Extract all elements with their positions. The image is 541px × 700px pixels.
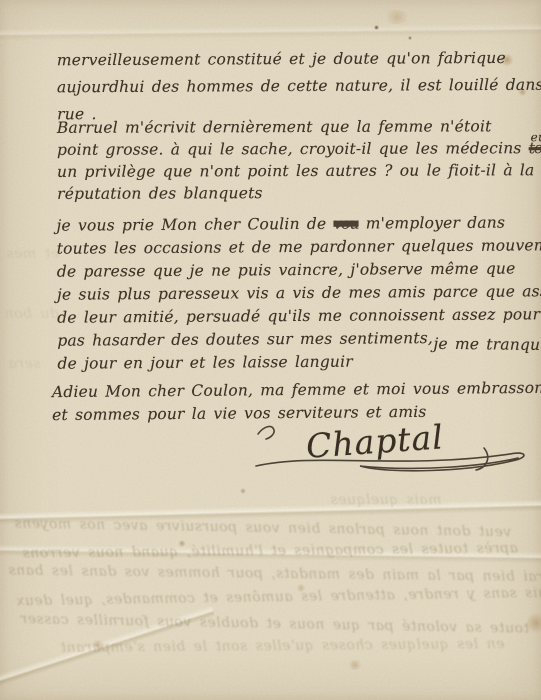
letter-paragraph-3: je vous prie Mon cher Coulin de vou m'em… xyxy=(56,211,539,375)
letter-line-text: pas hasarder des doutes sur mes sentimen… xyxy=(57,327,433,353)
bleedthrough-line: mais quelques xyxy=(330,492,441,508)
letter-line: je suis plus paresseux vis a vis de mes … xyxy=(57,280,539,306)
foxing-spot xyxy=(384,10,410,24)
signature-block: Chaptal xyxy=(248,418,538,488)
letter-line-text: point grosse. à qui le sache, croyoit-il… xyxy=(57,139,529,159)
letter-line: je vous prie Mon cher Coulin de vou m'em… xyxy=(56,211,538,237)
letter-line: réputation des blanquets xyxy=(57,181,539,205)
letter-line: aujourdhui des hommes de cette nature, i… xyxy=(57,72,539,102)
struck-word: vou xyxy=(333,215,358,233)
letter-line-text: je me tranquillise xyxy=(433,333,541,358)
letter-line: toutes les occasions et de me pardonner … xyxy=(57,234,539,260)
foxing-spot xyxy=(374,25,379,30)
foxing-spot xyxy=(408,36,412,40)
letter-line-text: m'employer dans xyxy=(358,214,505,233)
letter-line: un privilège que n'ont point les autres … xyxy=(57,159,539,183)
manuscript-page: et mes du bon sera merveilleusement cons… xyxy=(0,0,541,700)
letter-line: de paresse que je ne puis vaincre, j'obs… xyxy=(57,257,539,283)
foxing-spot xyxy=(240,488,246,494)
letter-line: point grosse. à qui le sache, croyoit-il… xyxy=(57,137,539,161)
bleedthrough-fragment: sera xyxy=(8,356,41,372)
bleedthrough-fragment: du bon xyxy=(4,306,59,322)
letter-line-text: je vous prie Mon cher Coulin de xyxy=(56,215,333,235)
letter-line: pas hasarder des doutes sur mes sentimen… xyxy=(57,326,539,352)
letter-line: de leur amitié, persuadé qu'ils me conno… xyxy=(57,303,539,329)
correction: eussenttou xyxy=(529,137,541,159)
letter-line: merveilleusement constitué et je doute q… xyxy=(57,45,539,75)
letter-paragraph-2: Barruel m'écrivit dernièrement que la fe… xyxy=(57,115,539,205)
bleedthrough-fragment: et mes xyxy=(6,246,59,262)
letter-line: Adieu Mon cher Coulon, ma femme et moi v… xyxy=(52,377,534,404)
struck-word: tou xyxy=(529,139,541,157)
foxing-spot xyxy=(348,660,362,670)
letter-line: Barruel m'écrivit dernièrement que la fe… xyxy=(57,115,539,139)
